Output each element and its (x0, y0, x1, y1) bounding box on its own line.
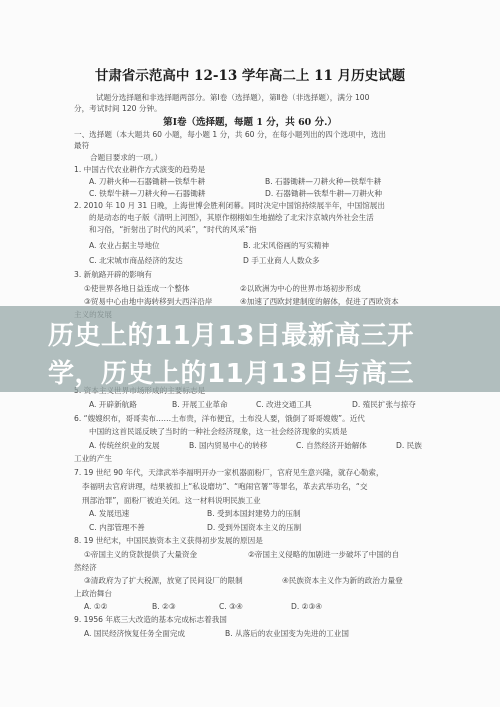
instructions-text: 一、选择题（本大题共 60 小题，每小题 1 分，共 60 分，在每小题列出的四… (74, 130, 386, 140)
question-option: A. 国民经济恢复任务全面完成 (84, 629, 185, 639)
question-option: D. ②③④ (291, 602, 322, 612)
question-option: B. ②③ (152, 602, 176, 612)
question-option: A. ①② (84, 602, 108, 612)
question-option: D. 石器锄耕—铁犁牛耕—刀耕火种 (265, 189, 382, 199)
question-option: B. 开展工业革命 (172, 400, 228, 410)
headline-line-2: 学，历史上的11月13日与高三 (48, 356, 414, 392)
question-option: 然经济 (74, 563, 97, 573)
question-option: ③清政府为了扩大税源，放宽了民间设厂的限制 (84, 576, 243, 586)
question-option: ②帝国主义侵略的加剧进一步破坏了中国的自 (248, 550, 399, 560)
question-stem: 6. “嫂嫂织布，哥哥卖布……土布贵，洋布便宜，土布没人要，饿倒了哥哥嫂嫂”。近… (74, 414, 365, 424)
question-option: B. 受到本国封建势力的压制 (207, 509, 301, 519)
question-option: C. 自然经济开始解体 (296, 441, 367, 451)
question-option: D. 殖民扩张与掠夺 (352, 400, 416, 410)
question-option: ④民族资本主义作为新的政治力量登 (282, 576, 403, 586)
intro-text: 试题分选择题和非选择题两部分。第Ⅰ卷（选择题），第Ⅱ卷（非选择题），满分 100 (96, 93, 369, 103)
question-stem: 9. 1956 年底三大改造的基本完成标志着我国 (74, 615, 227, 625)
question-stem: 李福明去官府讲理，结果被扣上“私设磨坊”、“咆闹官署”等罪名，革去武举功名，“交 (82, 482, 367, 492)
question-option: 工业的产生 (74, 454, 112, 464)
instructions-text: 最符 (74, 141, 89, 151)
question-option: A. 开辟新航路 (89, 400, 137, 410)
question-stem: 的是动态的电子版《清明上河图》，其原作栩栩如生地描绘了北宋汴京城内外社会生活 (89, 213, 374, 223)
question-stem: 8. 19 世纪末，中国民族资本主义获得初步发展的原因是 (74, 536, 263, 546)
question-stem: 7. 19 世纪 90 年代，天津武举李福明开办一家机器面粉厂，官府见生意兴隆，… (74, 468, 384, 478)
question-option: B. 北宋风俗画的写实精神 (243, 241, 329, 251)
exam-title: 甘肃省示范高中 12-13 学年高二上 11 月历史试题 (0, 64, 500, 84)
question-option: C. 内部管理不善 (89, 523, 145, 533)
question-option: C. ③④ (219, 602, 243, 612)
question-option: A. 农业占据主导地位 (89, 241, 160, 251)
instructions-text: 合题目要求的一项。） (90, 153, 162, 163)
question-stem: 刑部治罪”，面粉厂被迫关闭。这一材料说明民族工业 (82, 496, 261, 506)
question-option: C. 改进交通工具 (256, 400, 312, 410)
question-option: 上政治舞台 (74, 589, 112, 599)
question-option: B. 石器锄耕—刀耕火种—铁犁牛耕 (265, 177, 381, 187)
question-stem: 和习俗，“折射出了时代的风采”，“时代的风采”指 (89, 225, 257, 235)
section-heading: 第Ⅰ卷（选择题，每题 1 分，共 60 分.） (0, 114, 500, 128)
question-option: A. 发展迅速 (89, 509, 129, 519)
question-option: C. 铁犁牛耕—刀耕火种—石器锄耕 (89, 189, 205, 199)
intro-text: 分，考试时间 120 分钟。 (74, 104, 162, 114)
question-stem: 3. 新航路开辟的影响有 (74, 270, 152, 280)
question-option: D 手工业商人人数众多 (243, 256, 320, 266)
question-option: C. 北宋城市商品经济的发达 (89, 256, 183, 266)
question-option: B. 国内贸易中心的转移 (189, 441, 267, 451)
question-stem: 2. 2010 年 10 月 31 日晚，上海世博会胜利闭幕。同时决定中国馆持续… (74, 201, 385, 211)
question-option: A. 传统丝织业的发展 (89, 441, 160, 451)
page: 甘肃省示范高中 12-13 学年高二上 11 月历史试题 试题分选择题和非选择题… (0, 0, 500, 707)
question-option: A. 刀耕火种—石器锄耕—铁犁牛耕 (89, 177, 205, 187)
question-option: D. 受到外国资本主义的压制 (207, 523, 301, 533)
headline-line-1: 历史上的11月13日最新高三开 (48, 318, 414, 354)
question-option: ①使世界各地日益连成一个整体 (84, 284, 190, 294)
question-stem: 中国的这首民谣反映了当时的一种社会经济现象，这一社会经济现象的实质是 (89, 427, 347, 437)
question-option: D. 民族 (396, 441, 422, 451)
question-option: ②以欧洲为中心的世界市场初步形成 (240, 284, 361, 294)
question-option: ①帝国主义的贷款提供了大量资金 (84, 550, 197, 560)
question-option: B. 从落后的农业国变为先进的工业国 (225, 629, 349, 639)
question-stem: 1. 中国古代农业耕作方式演变的趋势是 (74, 165, 205, 175)
